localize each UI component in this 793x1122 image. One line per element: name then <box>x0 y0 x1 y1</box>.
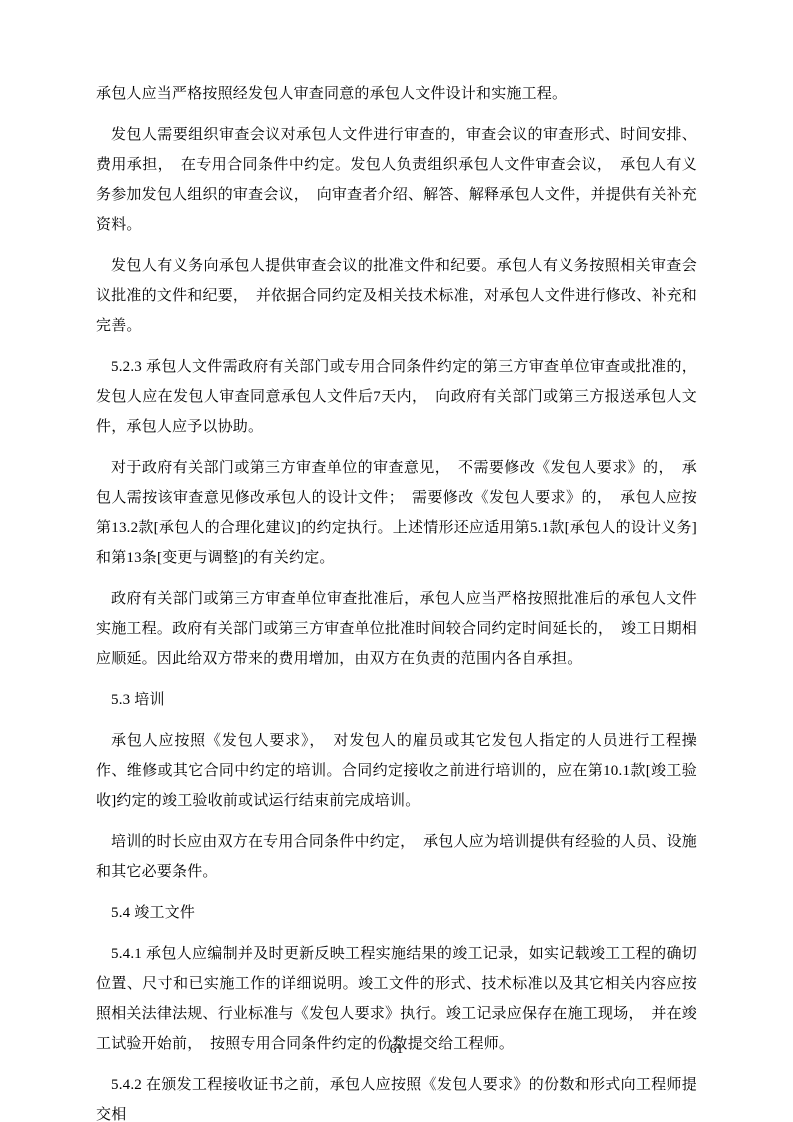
page-number: 61 <box>0 1040 793 1058</box>
paragraph-training: 承包人应按照《发包人要求》， 对发包人的雇员或其它发包人指定的人员进行工程操作、… <box>96 726 697 816</box>
section-heading-5-4-completion-documents: 5.4 竣工文件 <box>96 898 697 928</box>
paragraph-review-opinions: 对于政府有关部门或第三方审查单位的审查意见， 不需要修改《发包人要求》的， 承包… <box>96 453 697 573</box>
paragraph-training-duration: 培训的时长应由双方在专用合同条件中约定， 承包人应为培训提供有经验的人员、设施和… <box>96 827 697 887</box>
paragraph-approval-documents: 发包人有义务向承包人提供审查会议的批准文件和纪要。承包人有义务按照相关审查会议批… <box>96 251 697 341</box>
paragraph-clause-5-2-3: 5.2.3 承包人文件需政府有关部门或专用合同条件约定的第三方审查单位审查或批准… <box>96 352 697 442</box>
section-heading-5-3-training: 5.3 培训 <box>96 685 697 715</box>
paragraph-continuation: 承包人应当严格按照经发包人审查同意的承包人文件设计和实施工程。 <box>96 79 697 109</box>
paragraph-after-approval: 政府有关部门或第三方审查单位审查批准后，承包人应当严格按照批准后的承包人文件实施… <box>96 584 697 674</box>
paragraph-review-meeting: 发包人需要组织审查会议对承包人文件进行审查的，审查会议的审查形式、时间安排、费用… <box>96 120 697 240</box>
paragraph-clause-5-4-2: 5.4.2 在颁发工程接收证书之前，承包人应按照《发包人要求》的份数和形式向工程… <box>96 1070 697 1122</box>
document-content: 承包人应当严格按照经发包人审查同意的承包人文件设计和实施工程。 发包人需要组织审… <box>96 79 697 1122</box>
document-page: 承包人应当严格按照经发包人审查同意的承包人文件设计和实施工程。 发包人需要组织审… <box>0 0 793 1122</box>
